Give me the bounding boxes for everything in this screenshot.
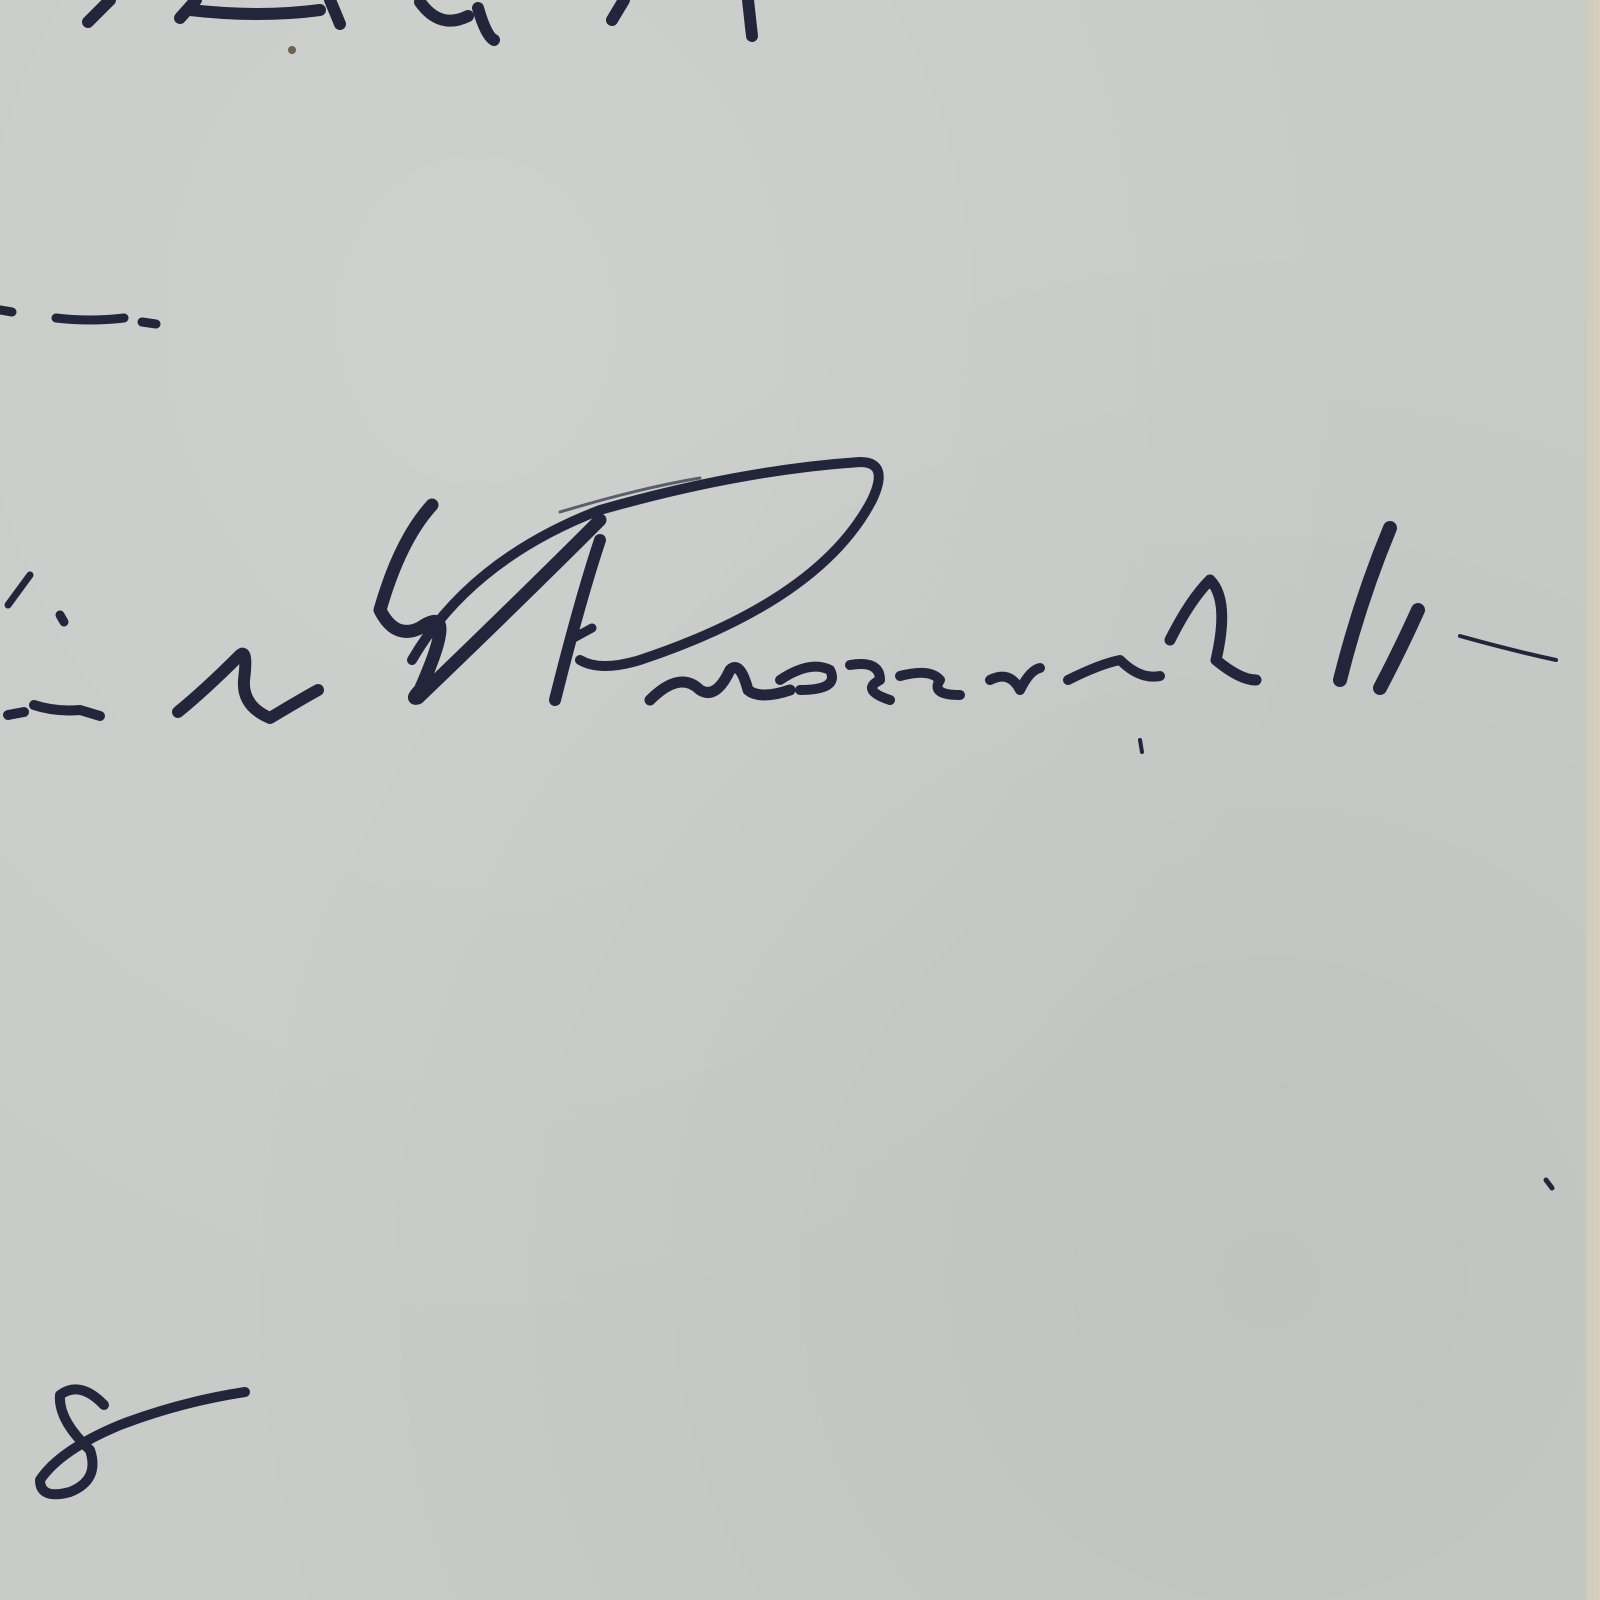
handwriting-layer (0, 0, 1600, 1600)
stray-mark (1546, 1180, 1552, 1188)
ink-spot (288, 46, 296, 54)
left-margin-mark (0, 310, 156, 324)
signature (8, 462, 1556, 752)
top-line-fragment (88, 0, 752, 40)
bottom-left-mark (40, 1389, 245, 1494)
